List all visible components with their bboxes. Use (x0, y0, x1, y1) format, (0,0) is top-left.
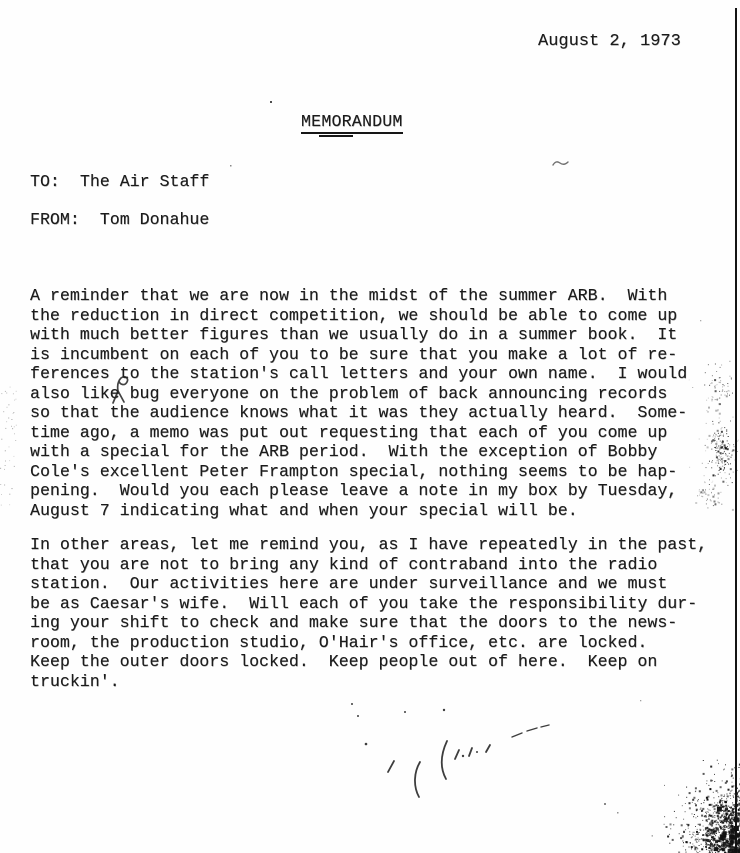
to-row: TO: The Air Staff (30, 172, 209, 191)
from-label: FROM: (30, 210, 80, 229)
memo-title-underline (319, 135, 353, 137)
tilde-speck (553, 162, 568, 165)
handwritten-scrawl (351, 703, 549, 797)
body-paragraph-1: A reminder that we are now in the midst … (30, 286, 687, 520)
date-line: August 2, 1973 (538, 32, 681, 51)
to-label: TO: (30, 172, 60, 191)
body-paragraph-2: In other areas, let me remind you, as I … (30, 535, 707, 691)
from-value: Tom Donahue (100, 210, 210, 229)
to-value: The Air Staff (80, 172, 209, 191)
scan-edge-line (735, 8, 737, 853)
memo-page: August 2, 1973 MEMORANDUM TO: The Air St… (0, 0, 740, 853)
memo-title: MEMORANDUM (301, 112, 403, 134)
from-row: FROM: Tom Donahue (30, 210, 209, 229)
memo-title-text: MEMORANDUM (301, 112, 403, 134)
